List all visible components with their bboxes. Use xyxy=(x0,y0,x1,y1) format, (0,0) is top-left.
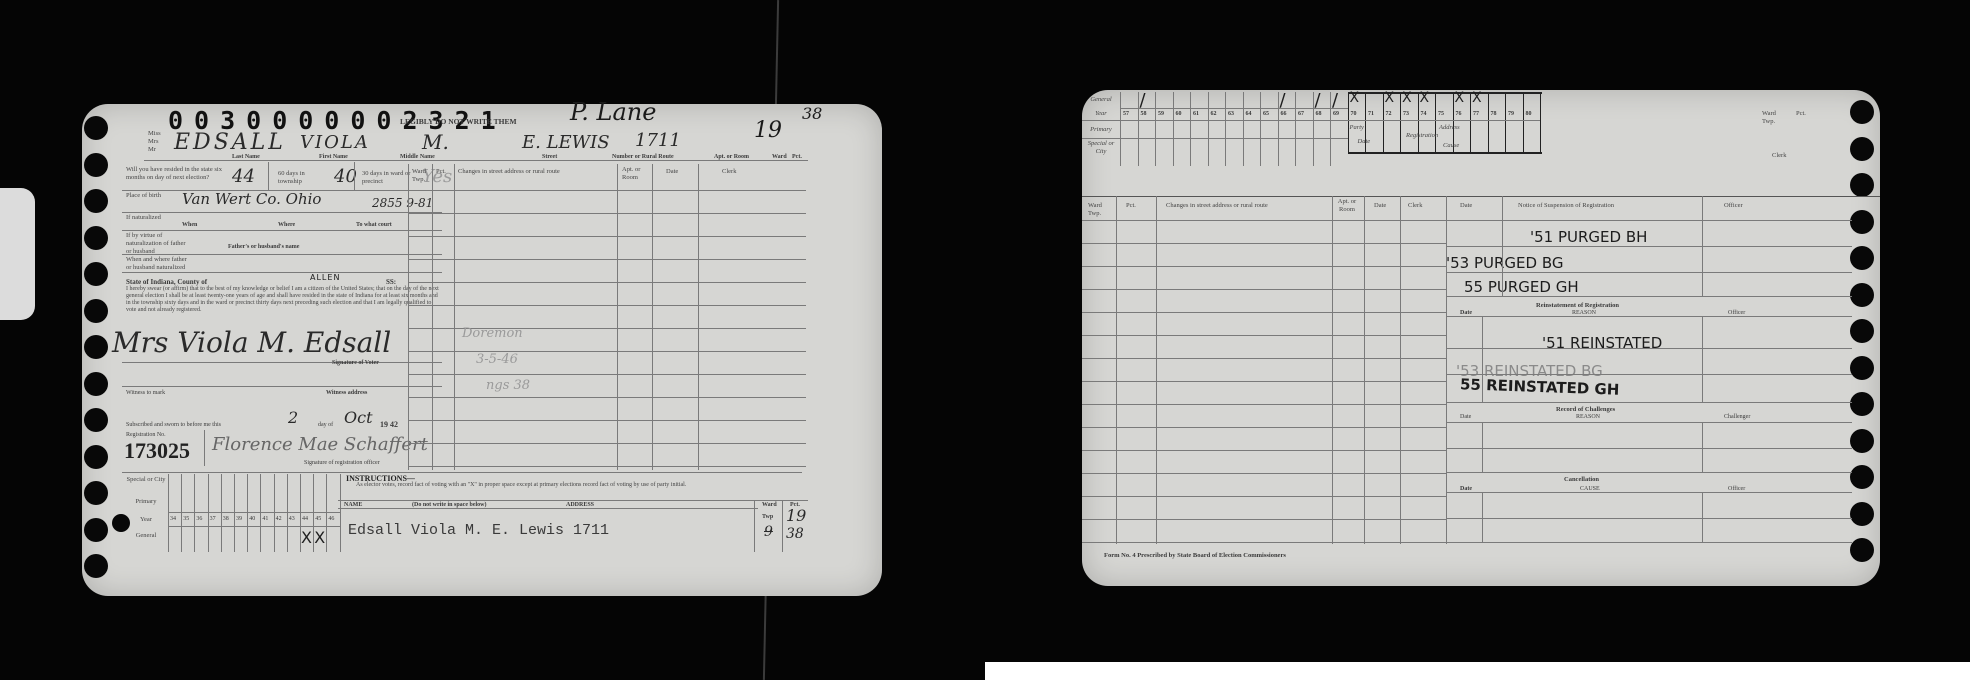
grid-line xyxy=(208,474,209,552)
back-col-date: Date xyxy=(1374,202,1386,210)
grid-line xyxy=(1435,92,1436,154)
back-year-cell: 63 xyxy=(1228,111,1234,117)
grid-line xyxy=(1482,492,1483,542)
footer-ward-label: Ward xyxy=(762,502,777,508)
back-year-cell: 73 xyxy=(1403,111,1409,117)
col-clerk: Clerk xyxy=(722,168,736,176)
grid-line xyxy=(194,474,195,552)
back-vote-row-label: Primary xyxy=(1086,126,1116,134)
punch-hole xyxy=(84,226,108,250)
grid-line xyxy=(1400,196,1401,544)
grid-line xyxy=(1116,196,1117,544)
page-edge xyxy=(985,662,1970,680)
grid-line xyxy=(1120,108,1348,109)
challenges-col-challenger: Challenger xyxy=(1724,414,1750,420)
registration-number: 173025 xyxy=(124,438,190,464)
vote-row-label: Year xyxy=(126,516,166,524)
witness-address-label: Witness address xyxy=(326,390,367,396)
table-row-line xyxy=(408,374,806,375)
challenges-title: Record of Challenges xyxy=(1556,406,1615,413)
back-side-pct-label: Pct. xyxy=(1796,110,1806,118)
table-row-line xyxy=(1446,422,1852,423)
back-year-cell: 62 xyxy=(1211,111,1217,117)
year-cell: 46 xyxy=(328,516,334,522)
grid-line xyxy=(1295,92,1296,166)
punch-hole xyxy=(84,408,108,432)
back-year-cell: 57 xyxy=(1123,111,1129,117)
punch-hole xyxy=(1850,319,1874,343)
label-middle-name: Middle Name xyxy=(400,154,435,160)
grid-line xyxy=(247,474,248,552)
table-row-line xyxy=(408,443,806,444)
grid-line xyxy=(221,474,222,552)
year-cell: 35 xyxy=(183,516,189,522)
suspension-col-notice: Notice of Suspension of Registration xyxy=(1518,202,1614,210)
grid-line xyxy=(1120,92,1121,166)
back-year-cell: 65 xyxy=(1263,111,1269,117)
grid-line xyxy=(1702,422,1703,472)
year-cell: 40 xyxy=(249,516,255,522)
label-apt: Apt. or Room xyxy=(714,154,749,160)
vote-mark: / xyxy=(1140,90,1146,111)
q-ward: 30 days in ward or precinct xyxy=(362,170,418,186)
grid-line xyxy=(1313,92,1314,166)
table-row-line xyxy=(1446,374,1852,375)
grid-line xyxy=(1702,196,1703,296)
year-cell: 44 xyxy=(302,516,308,522)
signature-label: Signature of Voter xyxy=(332,360,379,366)
middle-name-value: M. xyxy=(422,130,449,154)
grid-line xyxy=(168,526,340,527)
last-name-value: EDSALL xyxy=(174,130,286,155)
grid-line xyxy=(1488,92,1489,154)
registrar-signature: Florence Mae Schaffert xyxy=(212,434,428,455)
grid-line xyxy=(1470,92,1471,154)
year-cell: 39 xyxy=(236,516,242,522)
table-row-line xyxy=(1446,448,1852,449)
top-right-ward: 19 xyxy=(754,118,782,143)
label-parent-name: Father's or husband's name xyxy=(228,244,299,250)
back-year-cell: 75 xyxy=(1438,111,1444,117)
table-row-line xyxy=(1082,450,1446,451)
box-label-cause: Cause xyxy=(1443,142,1459,150)
grid-line xyxy=(326,474,327,552)
table-row-line xyxy=(1082,289,1446,290)
vote-row-label: General xyxy=(126,532,166,540)
back-side-clerk-label: Clerk xyxy=(1772,152,1786,160)
grid-line xyxy=(274,474,275,552)
punch-hole xyxy=(1850,246,1874,270)
sworn-month: Oct xyxy=(344,408,373,427)
punch-hole xyxy=(84,481,108,505)
top-right-pct: 38 xyxy=(802,104,822,123)
back-col-changes: Changes in street address or rural route xyxy=(1166,202,1326,210)
grid-line xyxy=(1540,92,1541,154)
table-row-line xyxy=(1446,472,1852,473)
birth-label: Place of birth xyxy=(126,192,162,200)
back-year-cell: 58 xyxy=(1141,111,1147,117)
grid-line xyxy=(1243,92,1244,166)
punch-hole xyxy=(1850,356,1874,380)
grid-line xyxy=(1505,92,1506,154)
punch-hole xyxy=(1850,502,1874,526)
grid-line xyxy=(1278,92,1279,166)
year-cell: 38 xyxy=(223,516,229,522)
where-when-label: When and where father or husband natural… xyxy=(126,256,192,272)
suspension-entry-2: '53 PURGED BG xyxy=(1446,254,1564,272)
back-side-ward-label: Ward Twp. xyxy=(1762,110,1782,126)
table-row-line xyxy=(1082,404,1446,405)
grid-line xyxy=(1383,92,1384,154)
grid-border xyxy=(1348,92,1543,94)
punch-hole xyxy=(84,445,108,469)
back-year-cell: 70 xyxy=(1351,111,1357,117)
form-footer: Form No. 4 Prescribed by State Board of … xyxy=(1104,552,1286,559)
punch-hole xyxy=(84,554,108,578)
table-row-line xyxy=(1082,220,1446,221)
table-row-line xyxy=(1082,335,1446,336)
vote-mark: X xyxy=(1385,90,1395,106)
vote-row-label: Primary xyxy=(126,498,166,506)
year-cell: 43 xyxy=(289,516,295,522)
table-row-line xyxy=(1446,542,1852,543)
table-row-line xyxy=(408,305,806,306)
back-year-cell: 69 xyxy=(1333,111,1339,117)
grid-line xyxy=(1332,196,1333,544)
birth-value: Van Wert Co. Ohio xyxy=(182,190,321,208)
table-row-line xyxy=(1446,246,1852,247)
table-row-line xyxy=(408,236,806,237)
sworn-day-label: day of xyxy=(318,422,333,428)
grid-line xyxy=(181,474,182,552)
oath-state-line: State of Indiana, County of xyxy=(126,278,207,286)
reinstatement-entry-1: '51 REINSTATED xyxy=(1542,334,1662,352)
table-row-line xyxy=(1446,296,1852,297)
suspension-col-date: Date xyxy=(1460,202,1472,210)
footer-pct-value: 19 xyxy=(786,506,806,525)
table-row-line xyxy=(1446,492,1852,493)
back-year-cell: 76 xyxy=(1456,111,1462,117)
punch-hole xyxy=(84,372,108,396)
grid-line xyxy=(1523,92,1524,154)
col-changes: Changes in street address or rural route xyxy=(458,168,618,176)
year-cell: 41 xyxy=(262,516,268,522)
table-row-line xyxy=(408,466,806,467)
vote-mark: X xyxy=(1350,90,1360,106)
label-street: Street xyxy=(542,154,557,160)
table-row-line xyxy=(1082,243,1446,244)
grid-line xyxy=(234,474,235,552)
table-row-line xyxy=(408,420,806,421)
back-year-cell: 78 xyxy=(1491,111,1497,117)
back-year-cell: 66 xyxy=(1281,111,1287,117)
grid-line xyxy=(1082,138,1348,139)
registration-card-front: 0030000002321 LEGIBLY DO NOT WRITE THEM … xyxy=(82,104,882,596)
table-row-line xyxy=(1082,496,1446,497)
prefix-labels: MissMrsMr xyxy=(148,130,170,154)
table-row-line xyxy=(1446,316,1852,317)
punch-hole xyxy=(84,189,108,213)
table-row-line xyxy=(1082,473,1446,474)
vote-mark: X xyxy=(1455,90,1465,106)
grid-line xyxy=(1260,92,1261,166)
grid-border xyxy=(1348,152,1543,154)
col-apt: Apt. or Room xyxy=(622,166,648,182)
grid-line xyxy=(1190,92,1191,166)
box-label-date: Date xyxy=(1358,138,1371,146)
label-first-name: First Name xyxy=(319,154,348,160)
table-row-line xyxy=(408,282,806,283)
punch-hole xyxy=(1850,465,1874,489)
grid-line xyxy=(1208,92,1209,166)
back-vote-row-label: General xyxy=(1086,96,1116,104)
back-year-cell: 67 xyxy=(1298,111,1304,117)
table-row-line xyxy=(408,213,806,214)
table-row-line xyxy=(1446,220,1852,221)
suspension-col-officer: Officer xyxy=(1724,202,1743,210)
suspension-entry-3: 55 PURGED GH xyxy=(1464,278,1579,296)
grid-line xyxy=(1156,196,1157,544)
grid-line xyxy=(1418,92,1419,154)
label-pct: Pct. xyxy=(792,154,802,160)
table-row-line xyxy=(1082,266,1446,267)
vote-mark: / xyxy=(1332,90,1338,111)
vote-mark: X xyxy=(301,528,312,547)
back-year-cell: 79 xyxy=(1508,111,1514,117)
back-col-pct: Pct. xyxy=(1126,202,1136,210)
vote-mark: X xyxy=(1402,90,1412,106)
punch-hole xyxy=(84,116,108,140)
label-last-name: Last Name xyxy=(232,154,260,160)
table-row-line xyxy=(1446,402,1852,403)
grid-line xyxy=(1082,120,1540,121)
grid-line xyxy=(168,474,169,552)
table-row-line xyxy=(1082,358,1446,359)
back-year-cell: 59 xyxy=(1158,111,1164,117)
table-row-line xyxy=(1082,427,1446,428)
grid-line xyxy=(1173,92,1174,166)
punch-hole xyxy=(1850,137,1874,161)
back-year-cell: 77 xyxy=(1473,111,1479,117)
back-year-cell: 72 xyxy=(1386,111,1392,117)
back-col-apt: Apt. or Room xyxy=(1336,198,1358,214)
challenges-col-date: Date xyxy=(1460,414,1471,420)
change-note-1: Doremon xyxy=(462,326,523,341)
table-row-line xyxy=(408,259,806,260)
label-court: To what court xyxy=(356,222,392,228)
label-when: When xyxy=(182,222,197,228)
a-state-residency: 44 xyxy=(232,166,255,187)
back-year-cell: 61 xyxy=(1193,111,1199,117)
back-col-ward-twp: Ward Twp. xyxy=(1088,202,1108,218)
footer-pct2-value: 38 xyxy=(786,526,804,542)
change-note-3: ngs 38 xyxy=(486,378,530,393)
adjacent-card-fragment xyxy=(0,188,35,320)
grid-line xyxy=(1702,492,1703,542)
label-number: Number or Rural Route xyxy=(612,154,674,160)
q-township: 60 days in township xyxy=(278,170,328,186)
grid-line xyxy=(1482,422,1483,472)
table-row-line xyxy=(1082,519,1446,520)
punch-hole xyxy=(1850,100,1874,124)
vote-mark: / xyxy=(1280,90,1286,111)
back-year-cell: 64 xyxy=(1246,111,1252,117)
registration-card-back: GeneralYearPrimarySpecial or City5758596… xyxy=(1082,90,1880,586)
punch-hole xyxy=(1850,283,1874,307)
punch-hole xyxy=(1850,392,1874,416)
witness-mark-label: Witness to mark xyxy=(126,390,165,396)
box-label-registration: Registration xyxy=(1406,132,1438,140)
back-year-cell: 68 xyxy=(1316,111,1322,117)
table-row-line xyxy=(408,190,806,191)
vote-mark: X xyxy=(314,528,325,547)
punch-hole xyxy=(1850,429,1874,453)
punch-hole xyxy=(84,518,108,542)
table-row-line xyxy=(408,351,806,352)
punch-hole xyxy=(1850,538,1874,562)
punch-hole xyxy=(84,153,108,177)
suspension-entry-1: '51 PURGED BH xyxy=(1530,228,1647,246)
col-ward-twp: Ward Twp. xyxy=(412,168,432,184)
vote-row-label: Special or City xyxy=(126,476,166,484)
back-vote-row-label: Special or City xyxy=(1086,140,1116,156)
grid-line xyxy=(287,474,288,552)
change-note-2: 3-5-46 xyxy=(476,352,518,367)
grid-line xyxy=(1364,196,1365,544)
street-value: E. LEWIS xyxy=(522,132,610,153)
grid-line xyxy=(1155,92,1156,166)
birth-extra: 2855 9-81 xyxy=(372,196,433,210)
reinstatement-title: Reinstatement of Registration xyxy=(1536,302,1619,309)
grid-line xyxy=(168,512,340,513)
label-where: Where xyxy=(278,222,295,228)
back-year-cell: 60 xyxy=(1176,111,1182,117)
table-row-line xyxy=(1082,312,1446,313)
year-cell: 36 xyxy=(196,516,202,522)
challenges-col-reason: REASON xyxy=(1576,414,1600,420)
year-cell: 37 xyxy=(210,516,216,522)
table-row-line xyxy=(1082,381,1446,382)
label-ward: Ward xyxy=(772,154,787,160)
table-row-line xyxy=(1446,348,1852,349)
grid-line xyxy=(1330,92,1331,166)
oath-text: I hereby swear (or affirm) that to the b… xyxy=(126,286,442,314)
grid-line xyxy=(1702,316,1703,402)
grid-line xyxy=(1138,92,1139,166)
instructions-text: As elector votes, record fact of voting … xyxy=(356,482,696,489)
first-name-value: VIOLA xyxy=(300,132,370,153)
col-date: Date xyxy=(666,168,678,176)
table-row-line xyxy=(1446,518,1852,519)
punch-hole xyxy=(1850,173,1874,197)
q-state-residency: Will you have resided in the state six m… xyxy=(126,166,222,182)
col-pct: Pct. xyxy=(436,168,446,176)
grid-line xyxy=(1502,196,1503,296)
typed-name-address: Edsall Viola M. E. Lewis 1711 xyxy=(348,522,609,539)
punch-hole xyxy=(84,335,108,359)
box-label-address: Address xyxy=(1439,124,1460,132)
table-row-line xyxy=(1082,542,1446,543)
vote-mark: X xyxy=(1420,90,1430,106)
punch-hole xyxy=(84,299,108,323)
vote-mark: / xyxy=(1315,90,1321,111)
punch-hole xyxy=(84,262,108,286)
footer-twp-label: Twp xyxy=(762,514,773,520)
back-year-cell: 74 xyxy=(1421,111,1427,117)
grid-line xyxy=(1348,92,1349,154)
sworn-year: 19 42 xyxy=(380,420,398,429)
cancellation-title: Cancellation xyxy=(1564,476,1599,483)
table-row-line xyxy=(1446,272,1852,273)
back-year-cell: 80 xyxy=(1526,111,1532,117)
grid-line xyxy=(340,474,341,552)
house-number-value: 1711 xyxy=(635,130,681,151)
year-cell: 45 xyxy=(315,516,321,522)
grid-line xyxy=(1225,92,1226,166)
vote-mark: X xyxy=(1472,90,1482,106)
grid-line xyxy=(260,474,261,552)
year-cell: 34 xyxy=(170,516,176,522)
grid-line xyxy=(1400,92,1401,154)
top-right-note: P. Lane xyxy=(570,98,656,126)
header-instruction: LEGIBLY DO NOT WRITE THEM xyxy=(400,117,517,126)
voter-signature: Mrs Viola M. Edsall xyxy=(112,326,391,359)
footer-ward-value: 9 xyxy=(764,524,773,540)
back-year-cell: 71 xyxy=(1368,111,1374,117)
table-row-line xyxy=(408,397,806,398)
year-cell: 42 xyxy=(276,516,282,522)
back-vote-row-label: Year xyxy=(1086,110,1116,118)
naturalized-label: If naturalized xyxy=(126,214,170,222)
grid-line xyxy=(1482,316,1483,402)
sworn-text: Subscribed and sworn to before me this xyxy=(126,422,221,428)
back-col-clerk: Clerk xyxy=(1408,202,1422,210)
registrar-signature-label: Signature of registration officer xyxy=(304,460,380,466)
box-label-party: Party xyxy=(1350,124,1364,132)
oath-ss: SS: xyxy=(386,278,396,286)
punch-hole xyxy=(1850,210,1874,234)
county-value: ALLEN xyxy=(310,273,340,282)
sworn-day: 2 xyxy=(288,408,298,427)
naturalization-parent-label: If by virtue of naturalization of father… xyxy=(126,232,186,256)
